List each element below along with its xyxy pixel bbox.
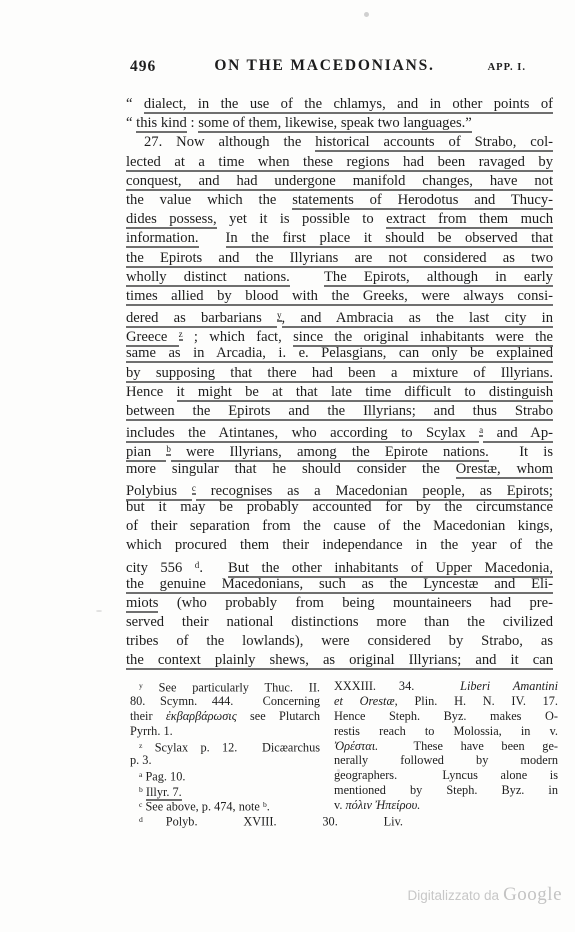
text-line: the genuine Macedonians, such as the Lyn… <box>126 575 553 594</box>
text-segment: 27. Now although the <box>144 134 315 150</box>
text-segment: see Plutarch <box>237 709 320 723</box>
text-line: tribes of the lowlands), were considered… <box>126 632 553 651</box>
underlined-text-segment: by supposing that there had been a mixtu… <box>126 365 553 383</box>
text-segment: city 556 <box>126 560 195 576</box>
text-line: y See particularly Thuc. II. <box>130 679 320 694</box>
text-segment: p. 3. <box>130 753 152 767</box>
text-line: Greece z ; which fact, since the origina… <box>126 325 553 344</box>
text-segment <box>290 269 324 285</box>
text-segment: the value which the <box>126 192 292 208</box>
text-segment: (who probably from being mountaineers ha… <box>158 595 553 611</box>
underlined-text-segment: historical accounts of Strabo, col- <box>315 134 553 152</box>
appendix-label: APP. I. <box>488 62 526 73</box>
text-segment: , Plin. H. N. IV. 17. <box>395 694 558 708</box>
text-line: restis reach to Molossia, in v. <box>334 724 558 739</box>
underlined-text-segment: this kind <box>136 115 187 133</box>
underlined-text-segment: between the Epirots and the Illyrians; a… <box>126 403 553 421</box>
text-line: 80. Scymn. 444. Concerning <box>130 694 320 709</box>
underlined-text-segment: lected at a time when these regions had … <box>126 154 553 172</box>
underlined-text-segment: the genuine Macedonians, such as the Lyn… <box>126 576 553 594</box>
text-line: pian b were Illyrians, among the Epirote… <box>126 440 553 459</box>
text-segment: mentioned by Steph. Byz. in <box>334 783 558 797</box>
text-line: the Epirots and the Illyrians are not co… <box>126 249 553 268</box>
text-line: conquest, and had undergone manifold cha… <box>126 172 553 191</box>
text-segment: restis reach to Molossia, in v. <box>334 724 558 738</box>
text-segment <box>199 230 226 246</box>
text-segment: ἐκβαρβάρωσις <box>166 709 237 723</box>
footnote-column-left: y See particularly Thuc. II.80. Scymn. 4… <box>130 679 320 828</box>
text-line: nerally followed by modern <box>334 753 558 768</box>
text-segment: . <box>199 560 228 576</box>
underlined-text-segment: Orestæ, whom <box>456 461 553 479</box>
text-segment: ; which fact, <box>183 329 293 345</box>
underlined-text-segment: same as in Arcadia, i. e. Pelasgians, ca… <box>126 345 553 363</box>
text-segment: “ <box>126 115 136 131</box>
underlined-text-segment: it might be at that late time difficult … <box>177 384 554 402</box>
underlined-text-segment: conquest, and had undergone manifold cha… <box>126 173 553 191</box>
text-segment: πόλιν Ἠπείρου. <box>346 798 421 812</box>
scan-speck <box>364 12 369 17</box>
text-line: information. In the first place it shoul… <box>126 229 553 248</box>
text-line: Hence it might be at that late time diff… <box>126 383 553 402</box>
text-line: “ dialect, in the use of the chlamys, an… <box>126 95 553 114</box>
underlined-text-segment: dialect, in the use of the chlamys, and … <box>144 96 553 114</box>
text-line: a Pag. 10. <box>130 768 320 783</box>
text-segment: Hence <box>126 384 177 400</box>
text-segment: Ὀρέσται. <box>334 739 378 753</box>
underlined-text-segment: some of them, likewise, speak two langua… <box>198 115 472 133</box>
text-segment: Pag. 10. <box>142 770 185 784</box>
text-line: Hence Steph. Byz. makes O- <box>334 709 558 724</box>
underlined-text-segment: wholly distinct nations. <box>126 269 290 287</box>
scanned-book-page: 496 ON THE MACEDONIANS. APP. I. “ dialec… <box>0 0 575 932</box>
text-line: v. πόλιν Ἠπείρου. <box>334 798 558 813</box>
text-line: c See above, p. 474, note b. <box>130 798 320 813</box>
text-line: served their national distinctions more … <box>126 613 553 632</box>
text-line: miots (who probably from being mountaine… <box>126 594 553 613</box>
main-text-block: “ dialect, in the use of the chlamys, an… <box>126 95 553 671</box>
text-line: “ this kind : some of them, likewise, sp… <box>126 114 553 133</box>
text-segment: et Orestæ <box>334 694 395 708</box>
text-segment: of their separation from the cause of th… <box>126 518 553 534</box>
text-line: et Orestæ, Plin. H. N. IV. 17. <box>334 694 558 709</box>
underlined-text-segment: The Epirots, although in early <box>324 269 553 287</box>
text-segment: v. <box>334 798 346 812</box>
scan-speck <box>96 610 102 612</box>
text-line: city 556 d. But the other inhabitants of… <box>126 556 553 575</box>
google-watermark: Digitalizzato da Google <box>408 884 562 906</box>
google-logo: Google <box>503 884 562 906</box>
text-segment: Liberi Amantini <box>460 679 558 693</box>
watermark-text: Digitalizzato da <box>408 888 500 903</box>
text-segment: 80. Scymn. 444. Concerning <box>130 694 320 708</box>
underlined-text-segment: the context plainly shews, as original I… <box>126 652 553 670</box>
text-line: their ἐκβαρβάρωσις see Plutarch <box>130 709 320 724</box>
underlined-text-segment: miots <box>126 595 158 613</box>
text-segment: It is <box>489 444 553 460</box>
text-line: dides possess, yet it is possible to ext… <box>126 210 553 229</box>
text-line: same as in Arcadia, i. e. Pelasgians, ca… <box>126 344 553 363</box>
text-line: more singular that he should consider th… <box>126 460 553 479</box>
text-segment: See above, p. 474, note <box>142 800 263 814</box>
text-segment: Scylax p. 12. Dicæarchus <box>142 740 320 754</box>
underlined-text-segment: the Epirots and the Illyrians are not co… <box>126 250 553 268</box>
text-line: Pyrrh. 1. <box>130 724 320 739</box>
text-line: includes the Atintanes, who according to… <box>126 421 553 440</box>
text-line: the value which the statements of Herodo… <box>126 191 553 210</box>
text-segment: : <box>187 115 198 131</box>
text-segment: “ <box>126 96 144 112</box>
running-title: ON THE MACEDONIANS. <box>156 57 493 75</box>
text-line: of their separation from the cause of th… <box>126 517 553 536</box>
text-line: which procured them their independance i… <box>126 536 553 555</box>
text-segment: but it may be probably accounted for by … <box>126 499 553 515</box>
underlined-text-segment: extract from them much <box>386 211 553 229</box>
footnote-column-right: XXXIII. 34. Liberi Amantiniet Orestæ, Pl… <box>334 679 558 813</box>
page-number: 496 <box>130 58 156 76</box>
footnote-marker: y <box>277 310 282 322</box>
text-segment: Pyrrh. 1. <box>130 724 173 738</box>
text-segment: more singular that he should consider th… <box>126 461 456 477</box>
text-segment: their <box>130 709 166 723</box>
text-segment: Polyb. XVIII. 30. Liv. <box>143 814 403 828</box>
footnotes-block: y See particularly Thuc. II.80. Scymn. 4… <box>130 679 558 828</box>
text-line: by supposing that there had been a mixtu… <box>126 364 553 383</box>
text-segment: served their national distinctions more … <box>126 614 553 630</box>
text-line: but it may be probably accounted for by … <box>126 498 553 517</box>
text-segment: These have been ge- <box>378 739 558 753</box>
text-line: wholly distinct nations. The Epirots, al… <box>126 268 553 287</box>
text-line: z Scylax p. 12. Dicæarchus <box>130 739 320 754</box>
text-line: d Polyb. XVIII. 30. Liv. <box>130 813 403 828</box>
text-line: mentioned by Steph. Byz. in <box>334 783 558 798</box>
text-line: b Illyr. 7. <box>130 783 320 798</box>
page-header: 496 ON THE MACEDONIANS. APP. I. <box>126 57 553 79</box>
text-line: Ὀρέσται. These have been ge- <box>334 739 558 754</box>
text-segment: . <box>267 800 270 814</box>
text-line: geographers. Lyncus alone is <box>334 768 558 783</box>
text-segment: which procured them their independance i… <box>126 537 553 553</box>
text-line: 27. Now although the historical accounts… <box>126 133 553 152</box>
text-line: XXXIII. 34. Liberi Amantini <box>334 679 558 694</box>
text-segment: geographers. Lyncus alone is <box>334 768 558 782</box>
text-segment: XXXIII. 34. <box>334 679 460 693</box>
text-line: dered as barbarians y, and Ambracia as t… <box>126 306 553 325</box>
text-line: the context plainly shews, as original I… <box>126 651 553 670</box>
text-line: times allied by blood with the Greeks, w… <box>126 287 553 306</box>
text-segment: nerally followed by modern <box>334 753 558 767</box>
text-line: Polybius c recognises as a Macedonian pe… <box>126 479 553 498</box>
underlined-text-segment: dides possess, <box>126 211 217 229</box>
text-segment: Hence Steph. Byz. makes O- <box>334 709 558 723</box>
text-segment: yet it is possible to <box>217 211 386 227</box>
underlined-text-segment: information. <box>126 230 199 248</box>
text-line: lected at a time when these regions had … <box>126 153 553 172</box>
text-segment: See particularly Thuc. II. <box>143 680 320 694</box>
text-segment: tribes of the lowlands), were considered… <box>126 633 553 649</box>
underlined-text-segment: times allied by blood with the Greeks, w… <box>126 288 553 306</box>
text-line: between the Epirots and the Illyrians; a… <box>126 402 553 421</box>
underlined-text-segment: In the first place it should be observed… <box>226 230 553 248</box>
text-line: p. 3. <box>130 753 320 768</box>
underlined-text-segment: statements of Herodotus and Thucy- <box>292 192 553 210</box>
